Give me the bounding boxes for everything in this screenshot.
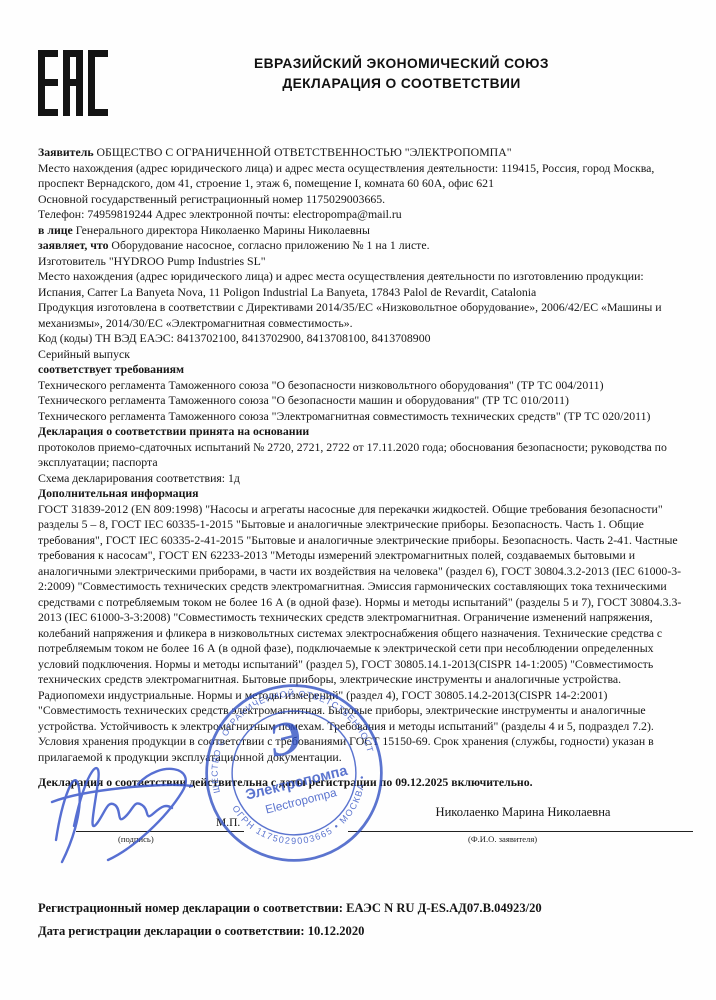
declaration-document: ЕВРАЗИЙСКИЙ ЭКОНОМИЧЕСКИЙ СОЮЗ ДЕКЛАРАЦИ… <box>0 0 716 1000</box>
paragraph-phone-email: Телефон: 74959819244 Адрес электронной п… <box>38 207 685 223</box>
paragraph-director: в лице Генерального директора Николаенко… <box>38 223 685 239</box>
fio-caption: (Ф.И.О. заявителя) <box>468 834 537 844</box>
paragraph-manufacturer-address: Место нахождения (адрес юридического лиц… <box>38 269 685 300</box>
applicant-full-name: Николаенко Марина Николаевна <box>358 805 688 820</box>
paragraph-scheme: Схема декларирования соответствия: 1д <box>38 471 685 487</box>
registration-number-value: ЕАЭС N RU Д-ES.АД07.В.04923/20 <box>346 901 542 915</box>
paragraph-tr010: Технического регламента Таможенного союз… <box>38 393 685 409</box>
declaration-body: Заявитель ОБЩЕСТВО С ОГРАНИЧЕННОЙ ОТВЕТС… <box>38 145 685 791</box>
signature-caption: (подпись) <box>118 834 154 844</box>
registration-number-row: Регистрационный номер декларации о соотв… <box>38 897 685 920</box>
paragraph-protocols: протоколов приемо-сдаточных испытаний № … <box>38 440 685 471</box>
paragraph-tr020: Технического регламента Таможенного союз… <box>38 409 685 425</box>
paragraph-tr004: Технического регламента Таможенного союз… <box>38 378 685 394</box>
fio-line <box>348 831 693 832</box>
paragraph-declares: заявляет, что Оборудование насосное, сог… <box>38 238 685 254</box>
paragraph-applicant: Заявитель ОБЩЕСТВО С ОГРАНИЧЕННОЙ ОТВЕТС… <box>38 145 685 161</box>
paragraph-ogrn: Основной государственный регистрационный… <box>38 192 685 208</box>
paragraph-tnved-codes: Код (коды) ТН ВЭД ЕАЭС: 8413702100, 8413… <box>38 331 685 347</box>
paragraph-gost-standards: ГОСТ 31839-2012 (EN 809:1998) "Насосы и … <box>38 502 685 766</box>
document-title: ЕВРАЗИЙСКИЙ ЭКОНОМИЧЕСКИЙ СОЮЗ ДЕКЛАРАЦИ… <box>118 46 685 94</box>
paragraph-validity: Декларация о соответствии действительна … <box>38 775 685 791</box>
eac-mark-icon <box>38 50 108 116</box>
paragraph-complies-heading: соответствует требованиям <box>38 362 685 378</box>
paragraph-manufacturer: Изготовитель "HYDROO Pump Industries SL" <box>38 254 685 270</box>
registration-date-value: 10.12.2020 <box>308 924 365 938</box>
stamp-place-label: М.П. <box>216 817 240 829</box>
title-declaration: ДЕКЛАРАЦИЯ О СООТВЕТСТВИИ <box>118 74 685 94</box>
registration-date-row: Дата регистрации декларации о соответств… <box>38 920 685 943</box>
registration-date-label: Дата регистрации декларации о соответств… <box>38 924 308 938</box>
eac-logo <box>38 46 118 121</box>
signature-line <box>76 831 244 832</box>
paragraph-applicant-address: Место нахождения (адрес юридического лиц… <box>38 161 685 192</box>
paragraph-basis-heading: Декларация о соответствии принята на осн… <box>38 424 685 440</box>
document-header: ЕВРАЗИЙСКИЙ ЭКОНОМИЧЕСКИЙ СОЮЗ ДЕКЛАРАЦИ… <box>38 46 685 121</box>
paragraph-additional-heading: Дополнительная информация <box>38 486 685 502</box>
registration-number-label: Регистрационный номер декларации о соотв… <box>38 901 346 915</box>
title-union: ЕВРАЗИЙСКИЙ ЭКОНОМИЧЕСКИЙ СОЮЗ <box>118 54 685 74</box>
signature-block: (подпись) М.П. Николаенко Марина Николае… <box>38 797 685 875</box>
paragraph-serial: Серийный выпуск <box>38 347 685 363</box>
registration-footer: Регистрационный номер декларации о соотв… <box>38 897 685 943</box>
paragraph-directives: Продукция изготовлена в соответствии с Д… <box>38 300 685 331</box>
